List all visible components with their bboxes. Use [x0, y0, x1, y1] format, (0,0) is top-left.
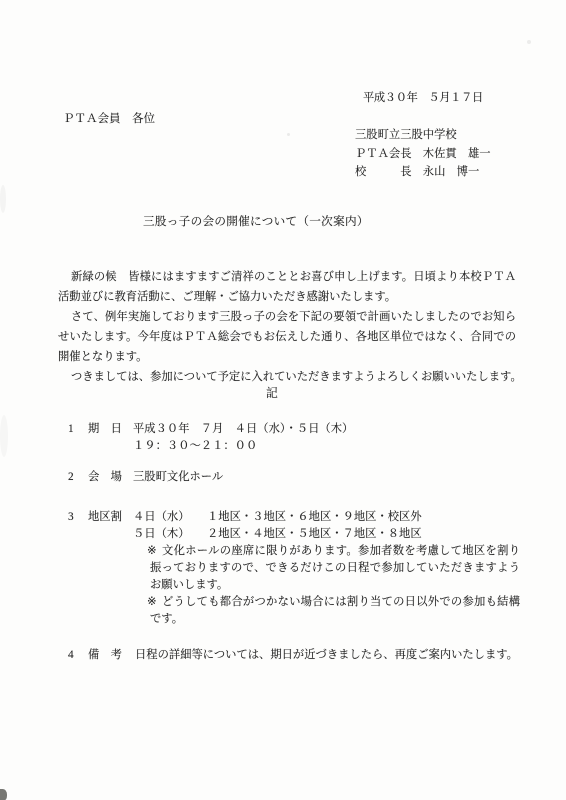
- sender-principal: 校 長 永山 博一: [355, 163, 479, 179]
- note-text: 文化ホールの座席に限りがあります。参加者数を考慮して地区を割り振っておりますので…: [150, 545, 520, 591]
- event-dates: 平成３０年 ７月 ４日（水）・５日（木）: [133, 421, 520, 438]
- item-number: 2: [68, 469, 88, 486]
- scan-artifact-speck: [527, 40, 531, 44]
- district-day: ４日（水）: [133, 509, 207, 526]
- list-item-venue: 2 会 場 三股町文化ホール: [68, 469, 520, 486]
- item-number: 3: [68, 509, 88, 628]
- scan-artifact-corner: [0, 789, 7, 800]
- note-text: どうしても都合がつかない場合には割り当ての日以外での参加も結構です。: [150, 596, 520, 625]
- sender-school-name: 三股町立三股中学校: [355, 126, 457, 142]
- note-alternate-day: ※どうしても都合がつかない場合には割り当ての日以外での参加も結構です。: [150, 594, 520, 628]
- record-marker: 記: [266, 384, 278, 401]
- district-list: ２地区・４地区・５地区・７地区・８地区: [207, 528, 422, 540]
- paragraph-greeting: 新緑の候 皆様にはますますご清祥のこととお喜び申し上げます。日頃より本校ＰＴＡ活…: [58, 267, 516, 307]
- scanned-letter-page: 平成３０年 ５月１７日 ＰＴＡ会員 各位 三股町立三股中学校 ＰＴＡ会長 木佐貫…: [0, 0, 566, 800]
- item-label: 期 日: [88, 421, 133, 455]
- list-item-districts: 3 地区割 ４日（水）１地区・３地区・６地区・９地区・校区外 ５日（木）２地区・…: [68, 509, 520, 628]
- district-row-wed: ４日（水）１地区・３地区・６地区・９地区・校区外: [133, 509, 520, 526]
- scan-artifact-smudge: [0, 185, 6, 213]
- scan-artifact-speck: [287, 133, 290, 136]
- district-row-thu: ５日（木）２地区・４地区・５地区・７地区・８地区: [133, 526, 520, 543]
- sender-pta-chair: ＰＴＡ会長 木佐貫 雄一: [355, 145, 491, 161]
- item-label: 会 場: [88, 469, 133, 486]
- district-day: ５日（木）: [133, 526, 207, 543]
- district-list: １地区・３地区・６地区・９地区・校区外: [207, 511, 422, 523]
- document-title: 三股っ子の会の開催について（一次案内）: [143, 213, 369, 229]
- item-number: 1: [68, 421, 88, 455]
- note-seating: ※文化ホールの座席に限りがあります。参加者数を考慮して地区を割り振っておりますの…: [150, 543, 520, 594]
- item-label: 地区割: [88, 509, 133, 628]
- document-date: 平成３０年 ５月１７日: [363, 89, 483, 105]
- venue-name: 三股町文化ホール: [133, 469, 520, 486]
- scan-artifact-smudge: [0, 415, 8, 457]
- recipient-line: ＰＴＡ会員 各位: [63, 110, 155, 126]
- reference-mark: ※: [135, 543, 156, 560]
- paragraph-request: つきましては、参加について予定に入れていただきますようよろしくお願いいたします。: [58, 367, 516, 387]
- item-label: 備 考: [88, 647, 133, 664]
- body-paragraphs: 新緑の候 皆様にはますますご清祥のこととお喜び申し上げます。日頃より本校ＰＴＡ活…: [58, 267, 516, 387]
- remarks-text: 日程の詳細等については、期日が近づきましたら、再度ご案内いたします。: [133, 647, 520, 664]
- reference-mark: ※: [135, 594, 156, 611]
- item-number: 4: [68, 647, 88, 664]
- event-time: １９：３０～２１：００: [133, 438, 520, 455]
- list-item-remarks: 4 備 考 日程の詳細等については、期日が近づきましたら、再度ご案内いたします。: [68, 647, 520, 664]
- list-item-date: 1 期 日 平成３０年 ７月 ４日（水）・５日（木） １９：３０～２１：００: [68, 421, 520, 455]
- paragraph-announcement: さて、例年実施しております三股っ子の会を下記の要領で計画いたしましたのでお知らせ…: [58, 307, 516, 367]
